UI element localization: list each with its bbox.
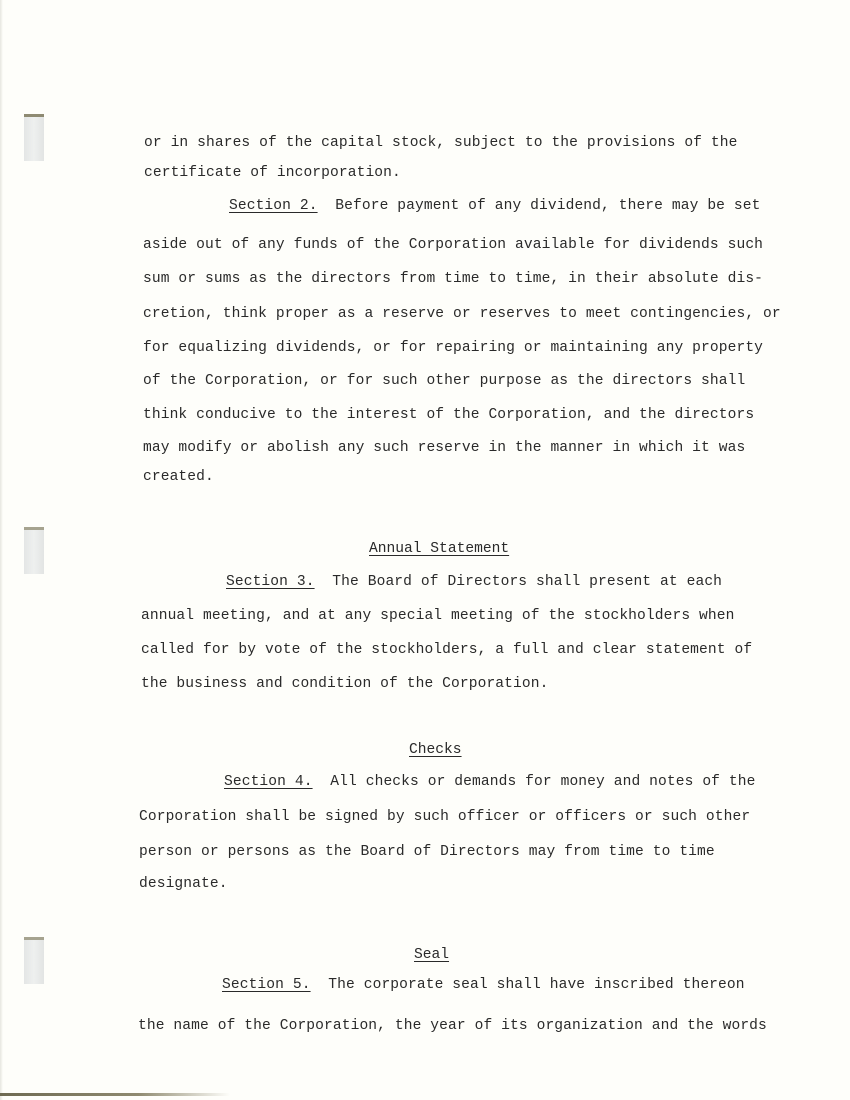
section-label: Section 5. xyxy=(222,977,311,993)
text-line: annual meeting, and at any special meeti… xyxy=(141,609,734,624)
text-line: designate. xyxy=(139,877,228,892)
punch-hole-icon xyxy=(24,114,44,161)
section-3-first-line: Section 3. The Board of Directors shall … xyxy=(226,575,722,590)
text-line: created. xyxy=(143,470,214,485)
text-line: called for by vote of the stockholders, … xyxy=(141,643,752,658)
text-span: The corporate seal shall have inscribed … xyxy=(311,977,745,993)
section-label: Section 2. xyxy=(229,198,318,214)
section-4-first-line: Section 4. All checks or demands for mon… xyxy=(224,775,755,790)
page-bottom-edge xyxy=(0,1093,230,1096)
text-line: for equalizing dividends, or for repairi… xyxy=(143,341,763,356)
text-line: certificate of incorporation. xyxy=(144,166,401,181)
text-line: aside out of any funds of the Corporatio… xyxy=(143,238,763,253)
section-heading: Seal xyxy=(414,948,449,963)
document-page: or in shares of the capital stock, subje… xyxy=(0,0,850,1100)
section-label: Section 3. xyxy=(226,574,315,590)
text-line: think conducive to the interest of the C… xyxy=(143,408,754,423)
text-line: person or persons as the Board of Direct… xyxy=(139,845,715,860)
text-line: cretion, think proper as a reserve or re… xyxy=(143,307,781,322)
text-line: of the Corporation, or for such other pu… xyxy=(143,374,745,389)
text-span: The Board of Directors shall present at … xyxy=(315,574,722,590)
section-2-first-line: Section 2. Before payment of any dividen… xyxy=(229,199,760,214)
text-line: sum or sums as the directors from time t… xyxy=(143,272,763,287)
text-line: Corporation shall be signed by such offi… xyxy=(139,810,750,825)
section-heading: Checks xyxy=(409,743,462,758)
section-5-first-line: Section 5. The corporate seal shall have… xyxy=(222,978,745,993)
text-line: the business and condition of the Corpor… xyxy=(141,677,548,692)
text-line: may modify or abolish any such reserve i… xyxy=(143,441,745,456)
text-line: or in shares of the capital stock, subje… xyxy=(144,136,737,151)
section-heading: Annual Statement xyxy=(369,542,509,557)
punch-hole-icon xyxy=(24,937,44,984)
punch-hole-icon xyxy=(24,527,44,574)
text-line: the name of the Corporation, the year of… xyxy=(138,1019,767,1034)
page-edge-shadow xyxy=(0,0,3,1100)
text-span: All checks or demands for money and note… xyxy=(313,774,756,790)
text-span: Before payment of any dividend, there ma… xyxy=(318,198,761,214)
section-label: Section 4. xyxy=(224,774,313,790)
